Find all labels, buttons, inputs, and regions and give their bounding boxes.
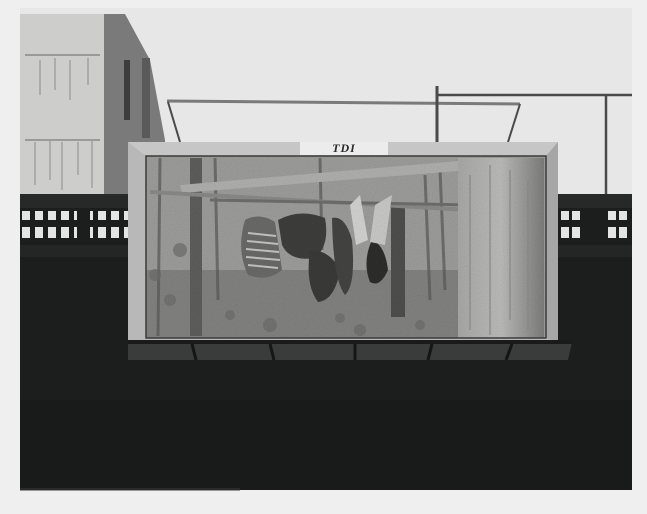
billboard-brand-label: TDI <box>300 142 388 155</box>
photograph <box>0 0 647 514</box>
billboard-poster <box>146 156 546 338</box>
billboard <box>128 142 572 360</box>
billboard-catwalk <box>128 340 572 360</box>
